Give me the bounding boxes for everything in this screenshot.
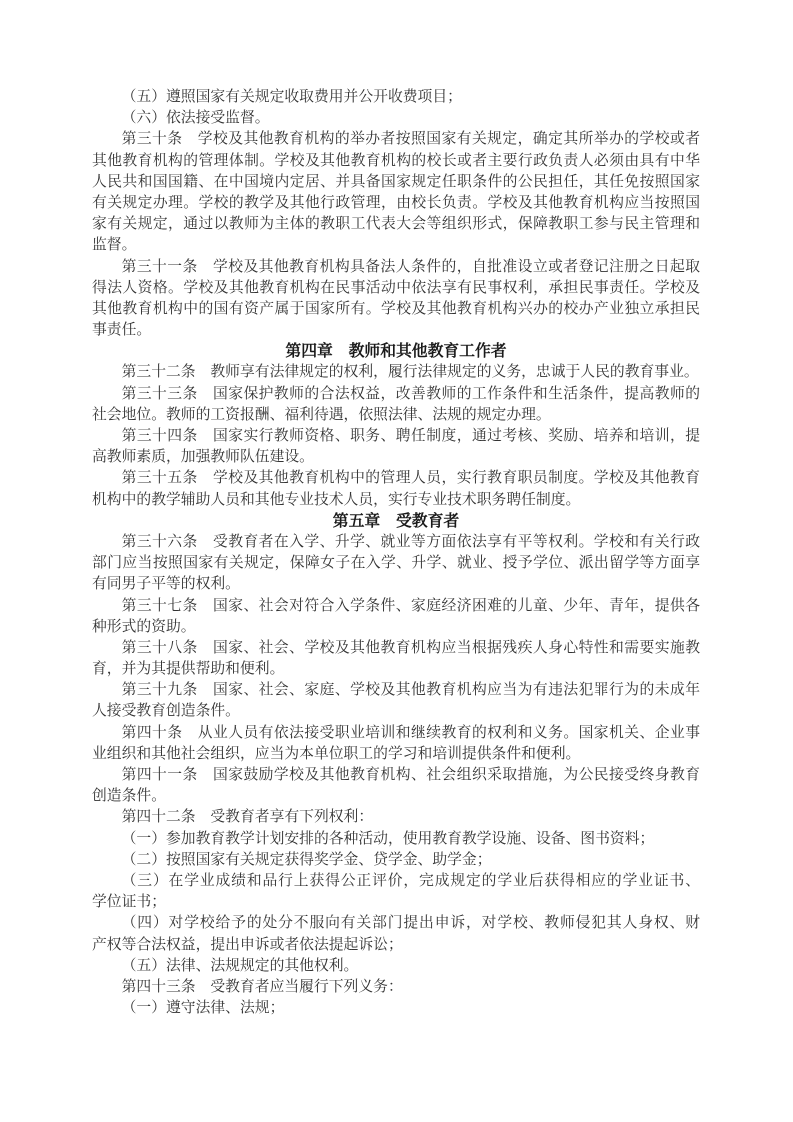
text-line: 事责任。 xyxy=(92,320,700,341)
document-page: （五）遵照国家有关规定收取费用并公开收费项目；（六）依法接受监督。第三十条 学校… xyxy=(92,87,700,1019)
text-line: 种形式的资助。 xyxy=(92,617,700,638)
text-line: 育，并为其提供帮助和便利。 xyxy=(92,659,700,680)
text-line: 第三十九条 国家、社会、家庭、学校及其他教育机构应当为有违法犯罪行为的未成年 xyxy=(92,680,700,701)
text-line: 第四十二条 受教育者享有下列权利： xyxy=(92,807,700,828)
text-line: 人接受教育创造条件。 xyxy=(92,701,700,722)
text-line: 第三十一条 学校及其他教育机构具备法人条件的，自批准设立或者登记注册之日起取 xyxy=(92,257,700,278)
text-line: 部门应当按照国家有关规定，保障女子在入学、升学、就业、授予学位、派出留学等方面享 xyxy=(92,553,700,574)
text-line: 社会地位。教师的工资报酬、福利待遇，依照法律、法规的规定办理。 xyxy=(92,405,700,426)
text-line: 第四十条 从业人员有依法接受职业培训和继续教育的权利和义务。国家机关、企业事 xyxy=(92,723,700,744)
text-line: 第三十条 学校及其他教育机构的举办者按照国家有关规定，确定其所举办的学校或者 xyxy=(92,129,700,150)
text-line: 其他教育机构中的国有资产属于国家所有。学校及其他教育机构兴办的校办产业独立承担民 xyxy=(92,299,700,320)
text-line: 第三十七条 国家、社会对符合入学条件、家庭经济困难的儿童、少年、青年，提供各 xyxy=(92,596,700,617)
text-line: 家有关规定，通过以教师为主体的教职工代表大会等组织形式，保障教职工参与民主管理和 xyxy=(92,214,700,235)
text-line: 人民共和国国籍、在中国境内定居、并具备国家规定任职条件的公民担任，其任免按照国家 xyxy=(92,172,700,193)
text-line: 监督。 xyxy=(92,235,700,256)
text-line: （五）遵照国家有关规定收取费用并公开收费项目； xyxy=(92,87,700,108)
text-line: 创造条件。 xyxy=(92,786,700,807)
text-line: 第三十三条 国家保护教师的合法权益，改善教师的工作条件和生活条件，提高教师的 xyxy=(92,384,700,405)
text-line: 第四十一条 国家鼓励学校及其他教育机构、社会组织采取措施，为公民接受终身教育 xyxy=(92,765,700,786)
text-line: 第三十四条 国家实行教师资格、职务、聘任制度，通过考核、奖励、培养和培训，提 xyxy=(92,426,700,447)
text-line: 有同男子平等的权利。 xyxy=(92,574,700,595)
text-line: 得法人资格。学校及其他教育机构在民事活动中依法享有民事权利，承担民事责任。学校及 xyxy=(92,278,700,299)
text-line: 机构中的教学辅助人员和其他专业技术人员，实行专业技术职务聘任制度。 xyxy=(92,490,700,511)
text-line: 第三十五条 学校及其他教育机构中的管理人员，实行教育职员制度。学校及其他教育 xyxy=(92,468,700,489)
text-line: 第三十八条 国家、社会、学校及其他教育机构应当根据残疾人身心特性和需要实施教 xyxy=(92,638,700,659)
text-line: （二）按照国家有关规定获得奖学金、贷学金、助学金； xyxy=(92,850,700,871)
text-line: （三）在学业成绩和品行上获得公正评价，完成规定的学业后获得相应的学业证书、 xyxy=(92,871,700,892)
text-line: （四）对学校给予的处分不服向有关部门提出申诉，对学校、教师侵犯其人身权、财 xyxy=(92,913,700,934)
text-line: 业组织和其他社会组织，应当为本单位职工的学习和培训提供条件和便利。 xyxy=(92,744,700,765)
text-line: 其他教育机构的管理体制。学校及其他教育机构的校长或者主要行政负责人必须由具有中华 xyxy=(92,151,700,172)
text-line: 第四十三条 受教育者应当履行下列义务： xyxy=(92,977,700,998)
text-line: 学位证书； xyxy=(92,892,700,913)
text-line: （五）法律、法规规定的其他权利。 xyxy=(92,956,700,977)
text-line: 产权等合法权益，提出申诉或者依法提起诉讼； xyxy=(92,935,700,956)
chapter-heading: 第四章 教师和其他教育工作者 xyxy=(92,341,700,362)
text-line: （一）遵守法律、法规； xyxy=(92,998,700,1019)
text-line: 有关规定办理。学校的教学及其他行政管理，由校长负责。学校及其他教育机构应当按照国 xyxy=(92,193,700,214)
text-line: 第三十六条 受教育者在入学、升学、就业等方面依法享有平等权利。学校和有关行政 xyxy=(92,532,700,553)
text-line: （六）依法接受监督。 xyxy=(92,108,700,129)
text-line: 第三十二条 教师享有法律规定的权利，履行法律规定的义务，忠诚于人民的教育事业。 xyxy=(92,362,700,383)
text-line: （一）参加教育教学计划安排的各种活动，使用教育教学设施、设备、图书资料； xyxy=(92,829,700,850)
chapter-heading: 第五章 受教育者 xyxy=(92,511,700,532)
text-line: 高教师素质，加强教师队伍建设。 xyxy=(92,447,700,468)
